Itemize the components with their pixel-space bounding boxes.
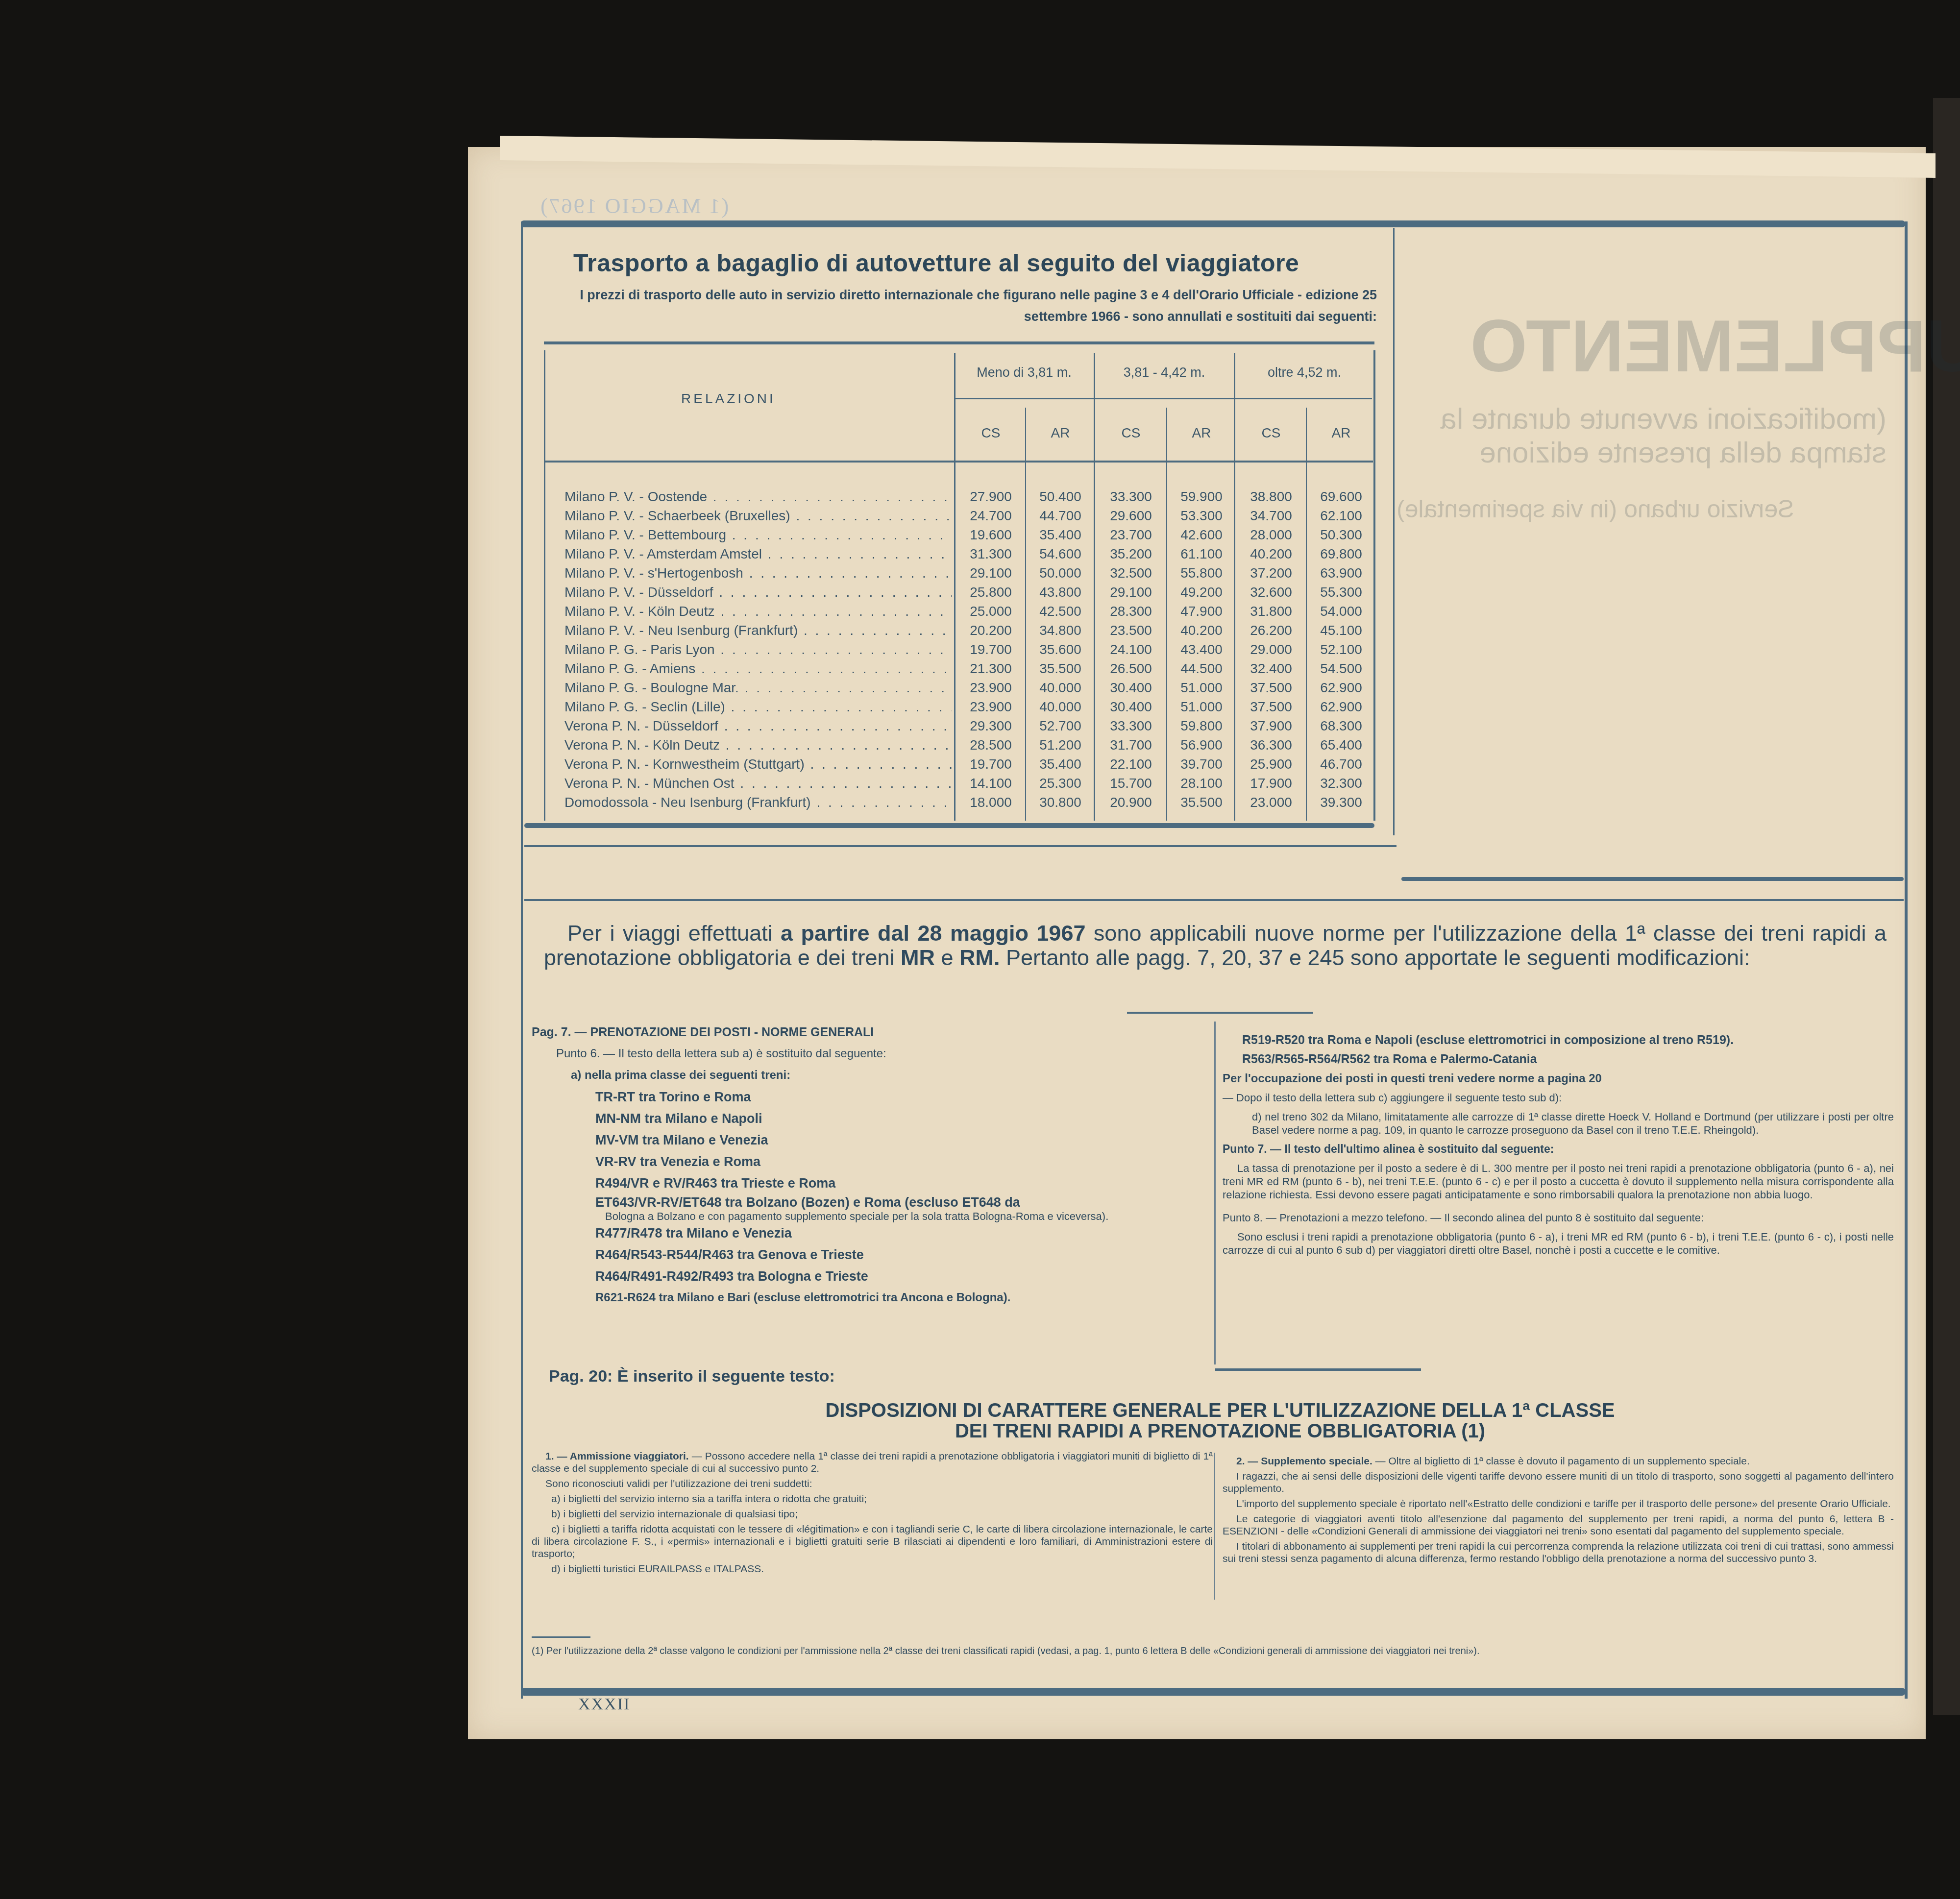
price-cell: 23.500 [1097,623,1165,638]
price-cell: 55.300 [1307,584,1375,600]
car-transport-title: Trasporto a bagaglio di autovetture al s… [573,249,1299,277]
short-rule [1215,1368,1421,1371]
price-cell: 26.500 [1097,661,1165,677]
item-a: a) nella prima classe dei seguenti treni… [532,1065,1213,1086]
relation-cell: Verona P. N. - München Ost [564,776,952,791]
price-cell: 29.100 [1097,584,1165,600]
pag7-heading: Pag. 7. — PRENOTAZIONE DEI POSTI - NORME… [532,1022,1213,1043]
price-cell: 34.800 [1026,623,1095,638]
price-cell: 35.400 [1026,527,1095,543]
pag20-heading: Pag. 20: È inserito il seguente testo: [549,1367,835,1386]
price-cell: 21.300 [956,661,1025,677]
price-cell: 28.000 [1237,527,1305,543]
paragraph: I ragazzi, che ai sensi delle disposizio… [1223,1470,1894,1495]
table-bottom-rule [524,823,1374,828]
section-divider [524,845,1396,847]
price-cell: 32.300 [1307,776,1375,791]
subheader-ar: AR [1026,425,1095,441]
price-cell: 56.900 [1167,737,1236,753]
train-item: R621-R624 tra Milano e Bari (escluse ele… [532,1287,1213,1309]
top-rule [521,220,1905,227]
pag7-right-column: R519-R520 tra Roma e Napoli (escluse ele… [1223,1034,1894,1263]
relation-cell: Milano P. V. - s'Hertogenbosh [564,565,952,581]
relation-cell: Milano P. G. - Seclin (Lille) [564,699,952,715]
price-cell: 30.800 [1026,795,1095,810]
price-cell: 43.400 [1167,642,1236,657]
relation-cell: Domodossola - Neu Isenburg (Frankfurt) [564,795,952,810]
punto8-heading: Punto 8. — Prenotazioni a mezzo telefono… [1223,1211,1894,1224]
price-cell: 52.700 [1026,718,1095,734]
price-cell: 51.000 [1167,699,1236,715]
relation-cell: Milano P. V. - Oostende [564,489,952,505]
price-cell: 62.900 [1307,699,1375,715]
punto8-text: Sono esclusi i treni rapidi a prenotazio… [1223,1230,1894,1257]
section1-admission: 1. — Ammissione viaggiatori. — Possono a… [532,1450,1213,1578]
page-number: XXXII [578,1695,630,1714]
footnote: (1) Per l'utilizzazione della 2ª classe … [532,1645,1884,1657]
relation-cell: Milano P. G. - Paris Lyon [564,642,952,657]
price-cell: 33.300 [1097,489,1165,505]
price-cell: 32.400 [1237,661,1305,677]
price-cell: 31.700 [1097,737,1165,753]
price-cell: 37.900 [1237,718,1305,734]
price-cell: 29.300 [956,718,1025,734]
price-cell: 36.300 [1237,737,1305,753]
train-item: VR-RV tra Venezia e Roma [532,1151,1213,1172]
train-item: R477/R478 tra Milano e Venezia [532,1222,1213,1244]
price-cell: 69.800 [1307,546,1375,562]
price-cell: 29.100 [956,565,1025,581]
price-cell: 40.000 [1026,699,1095,715]
price-cell: 50.400 [1026,489,1095,505]
dopo-text: — Dopo il testo della lettera sub c) agg… [1223,1091,1894,1104]
price-cell: 29.000 [1237,642,1305,657]
list-item: c) i biglietti a tariffa ridotta acquist… [532,1523,1213,1560]
price-cell: 47.900 [1167,604,1236,619]
item-d: d) nel treno 302 da Milano, limitatament… [1223,1110,1894,1137]
train-item: R563/R565-R564/R562 tra Roma e Palermo-C… [1223,1053,1894,1066]
price-cell: 52.100 [1307,642,1375,657]
relation-cell: Milano P. G. - Amiens [564,661,952,677]
price-cell: 32.500 [1097,565,1165,581]
price-cell: 59.800 [1167,718,1236,734]
right-section-rule [1401,877,1904,881]
price-cell: 40.000 [1026,680,1095,696]
group-header-small: Meno di 3,81 m. [955,365,1093,380]
price-cell: 42.500 [1026,604,1095,619]
price-cell: 39.700 [1167,756,1236,772]
price-cell: 54.600 [1026,546,1095,562]
punto6-text: Punto 6. — Il testo della lettera sub a)… [532,1043,1213,1065]
price-cell: 42.600 [1167,527,1236,543]
price-cell: 35.400 [1026,756,1095,772]
relation-cell: Milano P. V. - Düsseldorf [564,584,952,600]
group-rule [955,398,1372,399]
punto7-text: La tassa di prenotazione per il posto a … [1223,1162,1894,1201]
disposizioni-title: DISPOSIZIONI DI CARATTERE GENERALE PER L… [539,1400,1901,1441]
relation-cell: Verona P. N. - Köln Deutz [564,737,952,753]
price-cell: 28.500 [956,737,1025,753]
price-cell: 31.300 [956,546,1025,562]
price-cell: 28.300 [1097,604,1165,619]
price-cell: 29.600 [1097,508,1165,524]
price-cell: 30.400 [1097,680,1165,696]
price-cell: 62.100 [1307,508,1375,524]
price-cell: 69.600 [1307,489,1375,505]
punto7-heading: Punto 7. — Il testo dell'ultimo alinea è… [1223,1143,1894,1156]
footnote-rule [532,1636,590,1638]
price-cell: 27.900 [956,489,1025,505]
relation-cell: Milano P. V. - Neu Isenburg (Frankfurt) [564,623,952,638]
price-cell: 61.100 [1167,546,1236,562]
price-cell: 25.800 [956,584,1025,600]
price-cell: 32.600 [1237,584,1305,600]
relation-cell: Verona P. N. - Kornwestheim (Stuttgart) [564,756,952,772]
price-cell: 38.800 [1237,489,1305,505]
train-item: R519-R520 tra Roma e Napoli (escluse ele… [1223,1034,1894,1047]
price-cell: 23.700 [1097,527,1165,543]
section-divider-2 [524,899,1904,901]
price-cell: 25.300 [1026,776,1095,791]
list-item: b) i biglietti del servizio internaziona… [532,1508,1213,1520]
price-cell: 25.900 [1237,756,1305,772]
price-cell: 54.000 [1307,604,1375,619]
price-cell: 19.700 [956,642,1025,657]
price-cell: 44.700 [1026,508,1095,524]
price-cell: 20.200 [956,623,1025,638]
header-bottom-rule [545,461,1373,463]
car-transport-subtitle: I prezzi di trasporto delle auto in serv… [544,284,1377,327]
section2-supplement: 2. — Supplemento speciale. — Oltre al bi… [1223,1455,1894,1568]
train-item: R494/VR e RV/R463 tra Trieste e Roma [532,1172,1213,1194]
table-top-rule [544,341,1374,344]
relations-header: RELAZIONI [681,391,776,407]
group-header-large: oltre 4,52 m. [1236,365,1373,380]
price-cell: 50.300 [1307,527,1375,543]
subheader-ar: AR [1307,425,1375,441]
paragraph: L'importo del supplemento speciale è rip… [1223,1498,1894,1510]
price-cell: 54.500 [1307,661,1375,677]
price-cell: 40.200 [1167,623,1236,638]
price-cell: 17.900 [1237,776,1305,791]
price-cell: 51.000 [1167,680,1236,696]
paragraph: Le categorie di viaggiatori aventi titol… [1223,1513,1894,1537]
column-divider [1214,1022,1216,1364]
column-divider [1214,1453,1215,1600]
price-cell: 59.900 [1167,489,1236,505]
relation-cell: Milano P. G. - Boulogne Mar. [564,680,952,696]
price-cell: 37.500 [1237,699,1305,715]
relation-cell: Milano P. V. - Amsterdam Amstel [564,546,952,562]
relation-cell: Milano P. V. - Bettembourg [564,527,952,543]
price-cell: 65.400 [1307,737,1375,753]
notice-paragraph: Per i viaggi effettuati a partire dal 28… [544,921,1886,970]
price-cell: 51.200 [1026,737,1095,753]
price-cell: 19.600 [956,527,1025,543]
train-item: R464/R491-R492/R493 tra Bologna e Triest… [532,1266,1213,1287]
price-cell: 35.500 [1167,795,1236,810]
price-cell: 46.700 [1307,756,1375,772]
train-item: R464/R543-R544/R463 tra Genova e Trieste [532,1244,1213,1266]
pag7-left-column: Pag. 7. — PRENOTAZIONE DEI POSTI - NORME… [532,1022,1213,1309]
price-cell: 62.900 [1307,680,1375,696]
price-cell: 30.400 [1097,699,1165,715]
relation-cell: Verona P. N. - Düsseldorf [564,718,952,734]
price-cell: 18.000 [956,795,1025,810]
price-cell: 15.700 [1097,776,1165,791]
subheader-ar: AR [1167,425,1236,441]
price-cell: 40.200 [1237,546,1305,562]
price-cell: 49.200 [1167,584,1236,600]
price-cell: 22.100 [1097,756,1165,772]
price-cell: 28.100 [1167,776,1236,791]
price-cell: 68.300 [1307,718,1375,734]
price-cell: 23.000 [1237,795,1305,810]
train-item: ET643/VR-RV/ET648 tra Bolzano (Bozen) e … [532,1194,1213,1211]
subheader-cs: CS [1237,425,1305,441]
list-item: d) i biglietti turistici EURAILPASS e IT… [532,1563,1213,1575]
price-cell: 25.000 [956,604,1025,619]
price-cell: 53.300 [1167,508,1236,524]
price-cell: 19.700 [956,756,1025,772]
train-item: TR-RT tra Torino e Roma [532,1086,1213,1108]
price-cell: 37.500 [1237,680,1305,696]
price-cell: 39.300 [1307,795,1375,810]
price-cell: 31.800 [1237,604,1305,619]
section1-right-divider [1393,228,1395,835]
price-cell: 24.100 [1097,642,1165,657]
price-cell: 26.200 [1237,623,1305,638]
paragraph: I titolari di abbonamento ai supplementi… [1223,1540,1894,1565]
price-cell: 45.100 [1307,623,1375,638]
price-cell: 55.800 [1167,565,1236,581]
relation-cell: Milano P. V. - Köln Deutz [564,604,952,619]
price-cell: 37.200 [1237,565,1305,581]
price-cell: 23.900 [956,699,1025,715]
book-spine-shadow [1933,98,1960,1715]
price-cell: 33.300 [1097,718,1165,734]
price-cell: 44.500 [1167,661,1236,677]
group-header-medium: 3,81 - 4,42 m. [1096,365,1233,380]
subheader-cs: CS [956,425,1025,441]
price-cell: 43.800 [1026,584,1095,600]
price-cell: 35.200 [1097,546,1165,562]
relation-cell: Milano P. V. - Schaerbeek (Bruxelles) [564,508,952,524]
train-item: MV-VM tra Milano e Venezia [532,1129,1213,1151]
mirrored-header-bleed: (1 MAGGIO 1967) [539,194,729,219]
occupazione-note: Per l'occupazione dei posti in questi tr… [1223,1072,1894,1085]
et648-note: Bologna a Bolzano e con pagamento supple… [532,1211,1213,1222]
col-divider [954,353,955,821]
list-item: a) i biglietti del servizio interno sia … [532,1493,1213,1505]
price-cell: 23.900 [956,680,1025,696]
price-cell: 14.100 [956,776,1025,791]
price-cell: 63.900 [1307,565,1375,581]
short-rule [1127,1012,1313,1014]
price-cell: 35.600 [1026,642,1095,657]
price-cell: 35.500 [1026,661,1095,677]
price-cell: 50.000 [1026,565,1095,581]
subheader-cs: CS [1097,425,1165,441]
price-cell: 20.900 [1097,795,1165,810]
price-cell: 34.700 [1237,508,1305,524]
price-cell: 24.700 [956,508,1025,524]
train-item: MN-NM tra Milano e Napoli [532,1108,1213,1129]
bottom-rule [521,1688,1905,1696]
